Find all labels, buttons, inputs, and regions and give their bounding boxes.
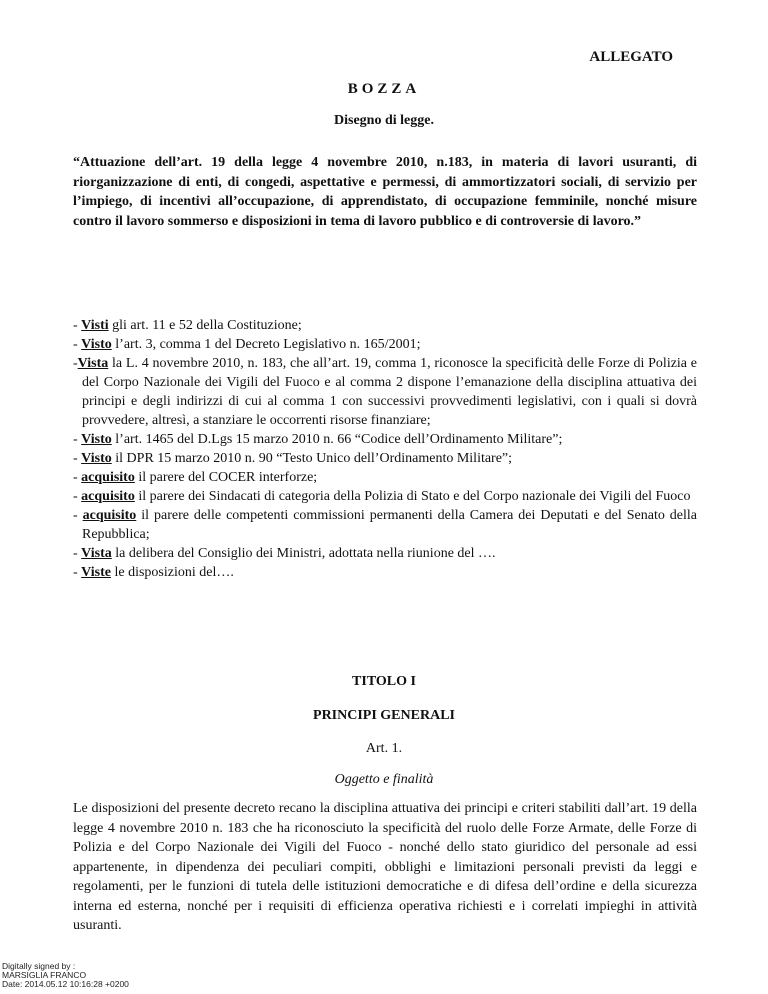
preamble-keyword: acquisito	[81, 470, 135, 485]
preamble-keyword: acquisito	[81, 489, 135, 504]
section-heading: PRINCIPI GENERALI	[0, 708, 768, 724]
preamble-keyword: Visto	[81, 432, 112, 447]
disegno-di-legge-heading: Disegno di legge.	[0, 113, 768, 129]
title-heading: TITOLO I	[0, 674, 768, 690]
preamble-text: il parere del COCER interforze;	[135, 470, 317, 485]
preamble-item: - Visto l’art. 1465 del D.Lgs 15 marzo 2…	[73, 430, 697, 449]
article-body: Le disposizioni del presente decreto rec…	[73, 799, 697, 936]
preamble-text: l’art. 1465 del D.Lgs 15 marzo 2010 n. 6…	[112, 432, 563, 447]
preamble-text: il parere delle competenti commissioni p…	[82, 508, 697, 542]
preamble-keyword: Visti	[81, 318, 108, 333]
dash: -	[73, 489, 81, 504]
law-title: “Attuazione dell’art. 19 della legge 4 n…	[73, 153, 697, 231]
allegato-label: ALLEGATO	[589, 49, 673, 66]
preamble-text: gli art. 11 e 52 della Costituzione;	[109, 318, 302, 333]
preamble-item: - Vista la delibera del Consiglio dei Mi…	[73, 544, 697, 563]
dash: -	[73, 432, 81, 447]
dash: -	[73, 318, 81, 333]
preamble-keyword: Vista	[78, 356, 109, 371]
dash: -	[73, 451, 81, 466]
preamble-keyword: Viste	[81, 565, 111, 580]
preamble-item: - acquisito il parere delle competenti c…	[73, 506, 697, 544]
article-number: Art. 1.	[0, 741, 768, 757]
article-subject: Oggetto e finalità	[0, 772, 768, 788]
preamble-text: le disposizioni del….	[111, 565, 234, 580]
preamble-text: la L. 4 novembre 2010, n. 183, che all’a…	[82, 356, 697, 428]
preamble-item: - Visto l’art. 3, comma 1 del Decreto Le…	[73, 335, 697, 354]
preamble-item: - acquisito il parere dei Sindacati di c…	[73, 487, 697, 506]
document-page: ALLEGATO BOZZA Disegno di legge. “Attuaz…	[0, 0, 768, 994]
preamble-text: il DPR 15 marzo 2010 n. 90 “Testo Unico …	[112, 451, 512, 466]
signature-date: Date: 2014.05.12 10:16:28 +0200	[2, 980, 129, 989]
preamble-item: -Vista la L. 4 novembre 2010, n. 183, ch…	[73, 354, 697, 430]
preamble-keyword: acquisito	[83, 508, 137, 523]
preamble-item: - Visto il DPR 15 marzo 2010 n. 90 “Test…	[73, 449, 697, 468]
bozza-heading: BOZZA	[0, 81, 768, 98]
preamble-list: - Visti gli art. 11 e 52 della Costituzi…	[73, 316, 697, 582]
digital-signature: Digitally signed by : MARSIGLIA FRANCO D…	[2, 962, 129, 989]
dash: -	[73, 508, 83, 523]
dash: -	[73, 470, 81, 485]
preamble-item: - Viste le disposizioni del….	[73, 563, 697, 582]
preamble-item: - acquisito il parere del COCER interfor…	[73, 468, 697, 487]
preamble-text: il parere dei Sindacati di categoria del…	[135, 489, 691, 504]
preamble-text: l’art. 3, comma 1 del Decreto Legislativ…	[112, 337, 421, 352]
preamble-keyword: Visto	[81, 337, 112, 352]
dash: -	[73, 565, 81, 580]
preamble-keyword: Visto	[81, 451, 112, 466]
dash: -	[73, 337, 81, 352]
preamble-text: la delibera del Consiglio dei Ministri, …	[112, 546, 496, 561]
preamble-keyword: Vista	[81, 546, 112, 561]
preamble-item: - Visti gli art. 11 e 52 della Costituzi…	[73, 316, 697, 335]
dash: -	[73, 546, 81, 561]
